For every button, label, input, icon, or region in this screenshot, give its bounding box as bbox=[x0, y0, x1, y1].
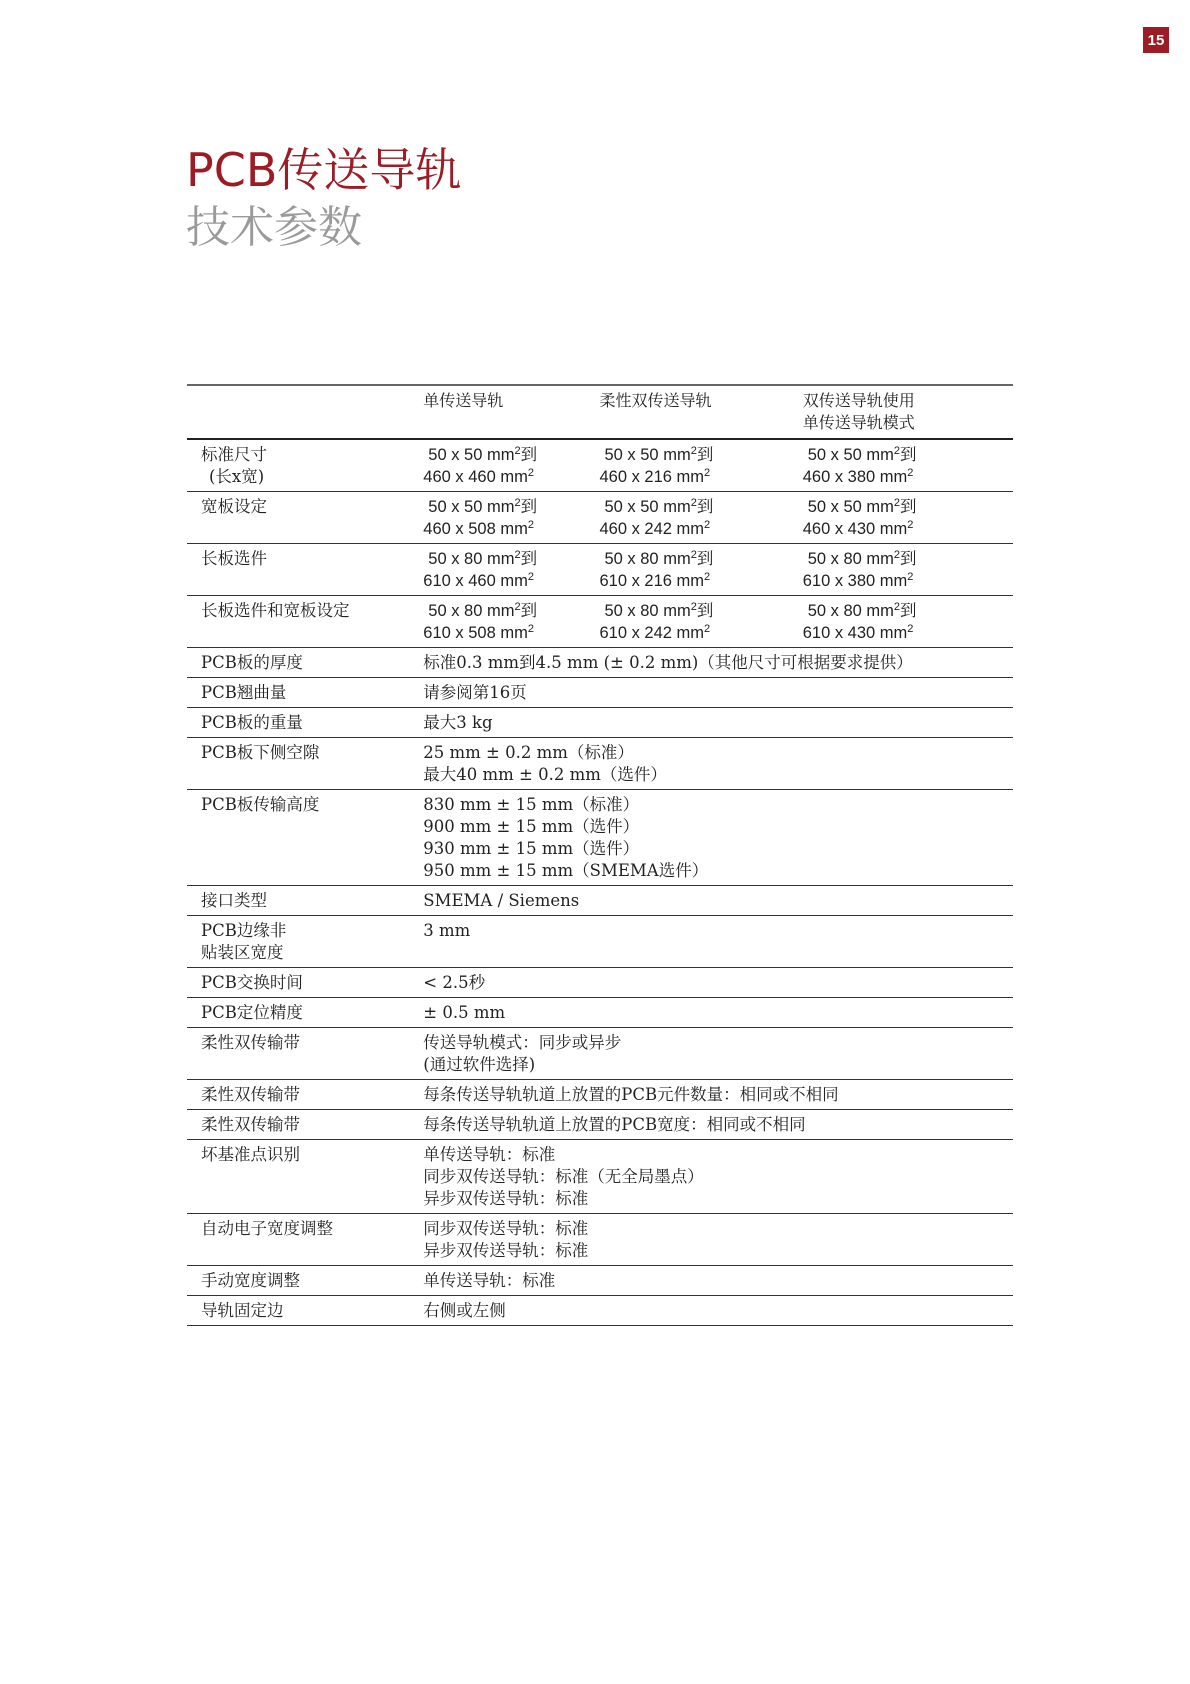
row-label: 宽板设定 bbox=[187, 492, 423, 544]
table-row: 长板选件50 x 80 mm2到610 x 460 mm250 x 80 mm2… bbox=[187, 544, 1013, 596]
row-label: PCB翘曲量 bbox=[187, 678, 423, 708]
row-value: 830 mm ± 15 mm（标准）900 mm ± 15 mm（选件）930 … bbox=[423, 790, 1013, 886]
row-value: 单传送导轨：标准同步双传送导轨：标准（无全局墨点）异步双传送导轨：标准 bbox=[423, 1140, 1013, 1214]
table-row: 柔性双传输带传送导轨模式：同步或异步(通过软件选择) bbox=[187, 1028, 1013, 1080]
header-flex-dual-conveyor: 柔性双传送导轨 bbox=[599, 385, 802, 439]
row-label: 自动电子宽度调整 bbox=[187, 1214, 423, 1266]
size-to: 610 x 430 mm2 bbox=[803, 622, 1013, 644]
table-row: PCB板的重量最大3 kg bbox=[187, 708, 1013, 738]
row-label: 柔性双传输带 bbox=[187, 1028, 423, 1080]
table-row: PCB板传输高度830 mm ± 15 mm（标准）900 mm ± 15 mm… bbox=[187, 790, 1013, 886]
row-label: 柔性双传输带 bbox=[187, 1110, 423, 1140]
row-value: 标准0.3 mm到4.5 mm (± 0.2 mm)（其他尺寸可根据要求提供） bbox=[423, 648, 1013, 678]
table-row: PCB翘曲量请参阅第16页 bbox=[187, 678, 1013, 708]
page-number-badge: 15 bbox=[1143, 27, 1169, 53]
row-label: PCB边缘非贴装区宽度 bbox=[187, 916, 423, 968]
row-label: PCB板传输高度 bbox=[187, 790, 423, 886]
size-from: 50 x 50 mm2到 bbox=[803, 496, 1013, 518]
row-label: 手动宽度调整 bbox=[187, 1266, 423, 1296]
size-range-cell: 50 x 50 mm2到460 x 242 mm2 bbox=[599, 492, 802, 544]
row-value: 单传送导轨：标准 bbox=[423, 1266, 1013, 1296]
header-single-conveyor: 单传送导轨 bbox=[423, 385, 599, 439]
size-to: 610 x 460 mm2 bbox=[423, 570, 599, 592]
row-value: SMEMA / Siemens bbox=[423, 886, 1013, 916]
size-from: 50 x 80 mm2到 bbox=[599, 548, 802, 570]
table-row: 手动宽度调整单传送导轨：标准 bbox=[187, 1266, 1013, 1296]
table-row: PCB交换时间< 2.5秒 bbox=[187, 968, 1013, 998]
row-label: 标准尺寸(长x宽) bbox=[187, 439, 423, 492]
size-from: 50 x 80 mm2到 bbox=[423, 548, 599, 570]
row-label: PCB板下侧空隙 bbox=[187, 738, 423, 790]
header-empty bbox=[187, 385, 423, 439]
row-label: PCB板的厚度 bbox=[187, 648, 423, 678]
row-label: 长板选件 bbox=[187, 544, 423, 596]
table-row: 长板选件和宽板设定50 x 80 mm2到610 x 508 mm250 x 8… bbox=[187, 596, 1013, 648]
table-row: PCB定位精度± 0.5 mm bbox=[187, 998, 1013, 1028]
row-label: 导轨固定边 bbox=[187, 1296, 423, 1326]
size-range-cell: 50 x 80 mm2到610 x 242 mm2 bbox=[599, 596, 802, 648]
size-from: 50 x 80 mm2到 bbox=[803, 600, 1013, 622]
row-label: PCB交换时间 bbox=[187, 968, 423, 998]
table-row: 柔性双传输带每条传送导轨轨道上放置的PCB宽度：相同或不相同 bbox=[187, 1110, 1013, 1140]
size-to: 460 x 242 mm2 bbox=[599, 518, 802, 540]
page-subtitle: 技术参数 bbox=[186, 198, 362, 258]
size-from: 50 x 50 mm2到 bbox=[599, 444, 802, 466]
row-value: 每条传送导轨轨道上放置的PCB宽度：相同或不相同 bbox=[423, 1110, 1013, 1140]
row-value: 最大3 kg bbox=[423, 708, 1013, 738]
size-from: 50 x 50 mm2到 bbox=[599, 496, 802, 518]
size-to: 460 x 430 mm2 bbox=[803, 518, 1013, 540]
size-from: 50 x 80 mm2到 bbox=[423, 600, 599, 622]
table-row: PCB板的厚度标准0.3 mm到4.5 mm (± 0.2 mm)（其他尺寸可根… bbox=[187, 648, 1013, 678]
size-range-cell: 50 x 50 mm2到460 x 430 mm2 bbox=[803, 492, 1013, 544]
size-to: 460 x 460 mm2 bbox=[423, 466, 599, 488]
page-title: PCB传送导轨 bbox=[186, 140, 461, 200]
table-row: PCB边缘非贴装区宽度3 mm bbox=[187, 916, 1013, 968]
size-to: 610 x 508 mm2 bbox=[423, 622, 599, 644]
size-from: 50 x 50 mm2到 bbox=[803, 444, 1013, 466]
size-to: 460 x 216 mm2 bbox=[599, 466, 802, 488]
size-to: 610 x 216 mm2 bbox=[599, 570, 802, 592]
row-value: 传送导轨模式：同步或异步(通过软件选择) bbox=[423, 1028, 1013, 1080]
row-value: ± 0.5 mm bbox=[423, 998, 1013, 1028]
spec-table: 单传送导轨 柔性双传送导轨 双传送导轨使用 单传送导轨模式 标准尺寸(长x宽)5… bbox=[187, 384, 1013, 1326]
table-row: 自动电子宽度调整同步双传送导轨：标准异步双传送导轨：标准 bbox=[187, 1214, 1013, 1266]
row-label: 柔性双传输带 bbox=[187, 1080, 423, 1110]
size-range-cell: 50 x 80 mm2到610 x 460 mm2 bbox=[423, 544, 599, 596]
table-row: PCB板下侧空隙25 mm ± 0.2 mm（标准）最大40 mm ± 0.2 … bbox=[187, 738, 1013, 790]
row-label: PCB定位精度 bbox=[187, 998, 423, 1028]
row-value: 每条传送导轨轨道上放置的PCB元件数量：相同或不相同 bbox=[423, 1080, 1013, 1110]
size-range-cell: 50 x 80 mm2到610 x 430 mm2 bbox=[803, 596, 1013, 648]
table-header-row: 单传送导轨 柔性双传送导轨 双传送导轨使用 单传送导轨模式 bbox=[187, 385, 1013, 439]
table-row: 柔性双传输带每条传送导轨轨道上放置的PCB元件数量：相同或不相同 bbox=[187, 1080, 1013, 1110]
row-label: PCB板的重量 bbox=[187, 708, 423, 738]
size-from: 50 x 50 mm2到 bbox=[423, 496, 599, 518]
row-label: 长板选件和宽板设定 bbox=[187, 596, 423, 648]
size-to: 460 x 508 mm2 bbox=[423, 518, 599, 540]
table-row: 接口类型SMEMA / Siemens bbox=[187, 886, 1013, 916]
row-value: 请参阅第16页 bbox=[423, 678, 1013, 708]
row-value: < 2.5秒 bbox=[423, 968, 1013, 998]
row-label: 接口类型 bbox=[187, 886, 423, 916]
size-range-cell: 50 x 50 mm2到460 x 380 mm2 bbox=[803, 439, 1013, 492]
size-to: 610 x 242 mm2 bbox=[599, 622, 802, 644]
row-value: 同步双传送导轨：标准异步双传送导轨：标准 bbox=[423, 1214, 1013, 1266]
row-value: 25 mm ± 0.2 mm（标准）最大40 mm ± 0.2 mm（选件） bbox=[423, 738, 1013, 790]
row-value: 右侧或左侧 bbox=[423, 1296, 1013, 1326]
size-to: 610 x 380 mm2 bbox=[803, 570, 1013, 592]
size-from: 50 x 50 mm2到 bbox=[423, 444, 599, 466]
size-from: 50 x 80 mm2到 bbox=[803, 548, 1013, 570]
table-row: 导轨固定边右侧或左侧 bbox=[187, 1296, 1013, 1326]
size-to: 460 x 380 mm2 bbox=[803, 466, 1013, 488]
size-range-cell: 50 x 80 mm2到610 x 216 mm2 bbox=[599, 544, 802, 596]
size-range-cell: 50 x 80 mm2到610 x 380 mm2 bbox=[803, 544, 1013, 596]
row-label: 坏基准点识别 bbox=[187, 1140, 423, 1214]
table-row: 标准尺寸(长x宽)50 x 50 mm2到460 x 460 mm250 x 5… bbox=[187, 439, 1013, 492]
row-value: 3 mm bbox=[423, 916, 1013, 968]
size-from: 50 x 80 mm2到 bbox=[599, 600, 802, 622]
table-row: 坏基准点识别单传送导轨：标准同步双传送导轨：标准（无全局墨点）异步双传送导轨：标… bbox=[187, 1140, 1013, 1214]
size-range-cell: 50 x 50 mm2到460 x 460 mm2 bbox=[423, 439, 599, 492]
header-dual-single-mode: 双传送导轨使用 单传送导轨模式 bbox=[803, 385, 1013, 439]
size-range-cell: 50 x 50 mm2到460 x 508 mm2 bbox=[423, 492, 599, 544]
size-range-cell: 50 x 50 mm2到460 x 216 mm2 bbox=[599, 439, 802, 492]
size-range-cell: 50 x 80 mm2到610 x 508 mm2 bbox=[423, 596, 599, 648]
table-row: 宽板设定50 x 50 mm2到460 x 508 mm250 x 50 mm2… bbox=[187, 492, 1013, 544]
